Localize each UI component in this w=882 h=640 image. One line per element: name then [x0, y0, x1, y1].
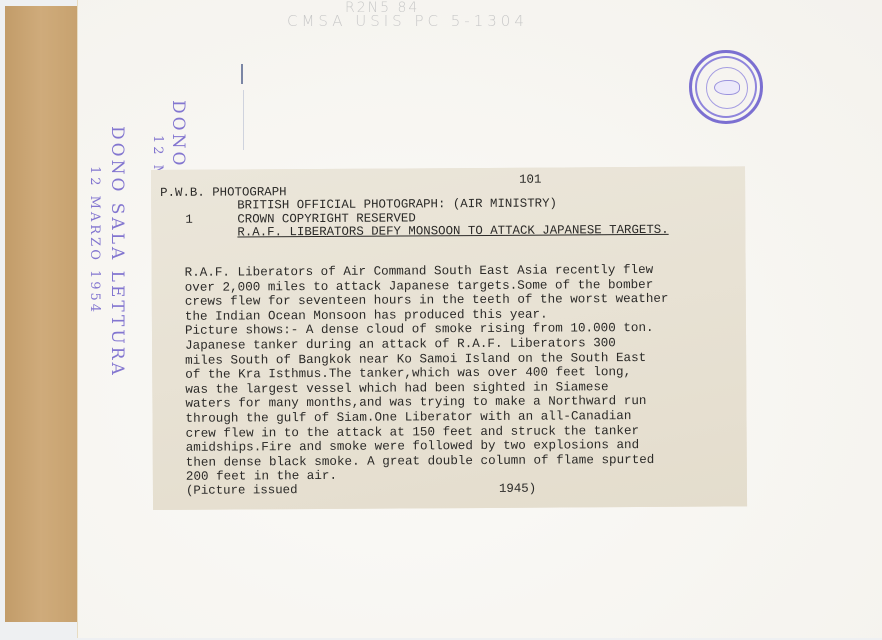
photo-number: 101: [519, 174, 541, 187]
body-line: 200 feet in the air.: [186, 467, 670, 485]
pen-mark: [241, 64, 243, 84]
caption-index: 1: [185, 214, 193, 227]
picture-issued-label: (Picture issued: [186, 484, 298, 498]
typed-caption-sheet: P.W.B. PHOTOGRAPH 101 BRITISH OFFICIAL P…: [151, 166, 747, 510]
crease-line: [243, 90, 244, 150]
official-photograph-line: BRITISH OFFICIAL PHOTOGRAPH: (AIR MINIST…: [237, 198, 557, 213]
picture-issued-year: 1945): [499, 483, 536, 496]
caption-body: R.A.F. Liberators of Air Command South E…: [185, 263, 670, 485]
headline: R.A.F. LIBERATORS DEFY MONSOON TO ATTACK…: [237, 224, 668, 240]
fish-emblem-icon: [714, 80, 740, 95]
cardboard-backing: [5, 6, 77, 622]
donation-stamp-line2: 12 MARZO 1954: [87, 166, 102, 315]
donation-stamp-line1: DONO SALA LETTURA: [107, 126, 127, 378]
handwritten-archive-code: CMSA USIS PC 5-1304: [287, 12, 528, 30]
library-round-stamp: [689, 50, 763, 124]
